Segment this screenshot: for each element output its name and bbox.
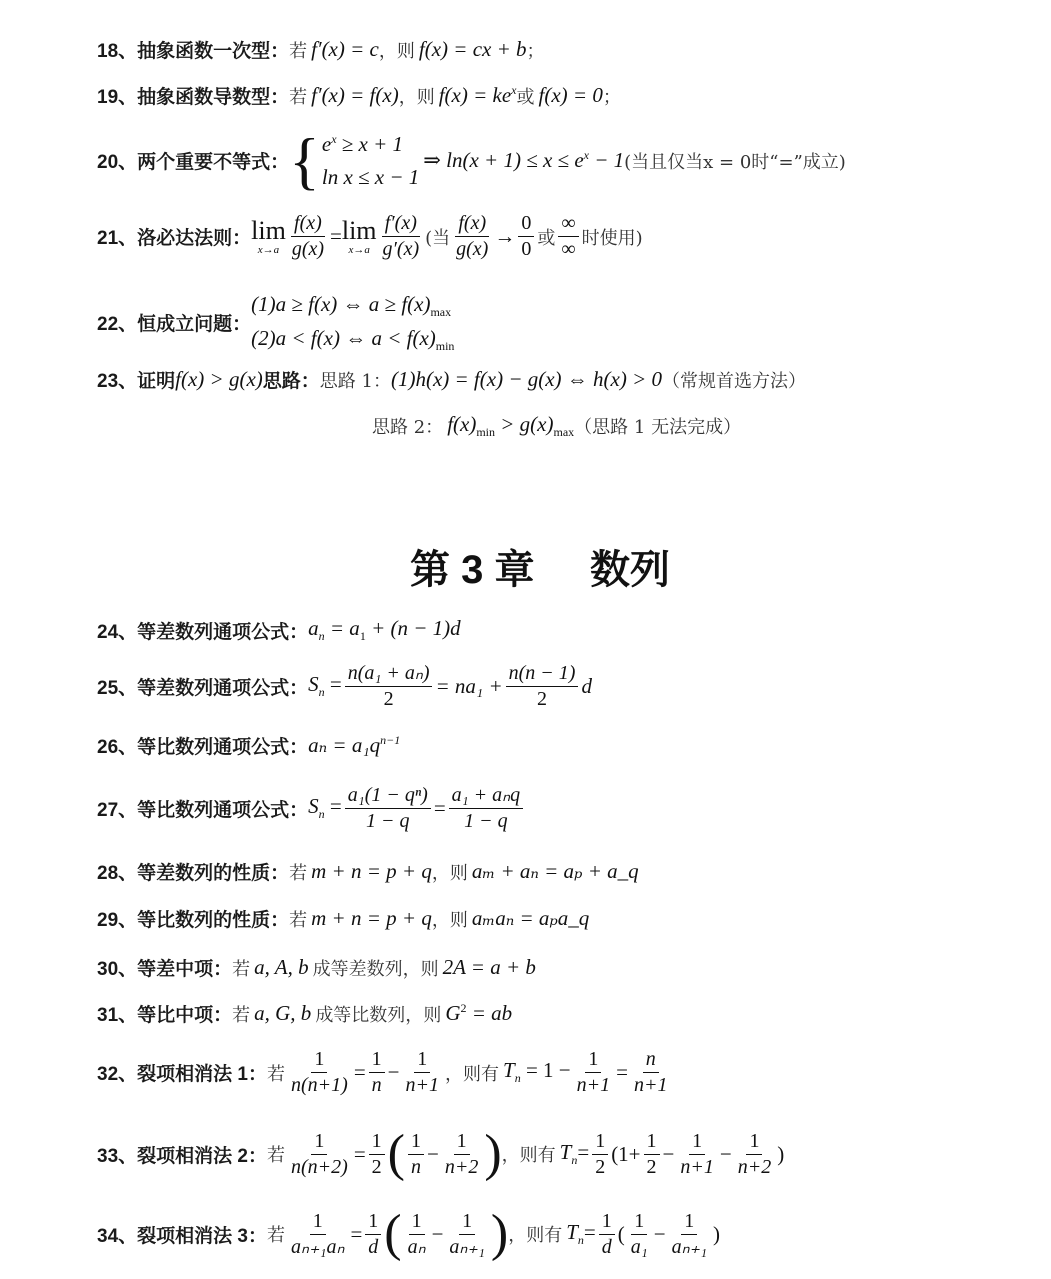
- item-label: 18、抽象函数一次型：: [97, 36, 289, 63]
- formula-27: 27、等比数列通项公式： Sn = a₁(1 − qⁿ)1 − q = a₁ +…: [97, 784, 526, 833]
- item-label: 31、等比中项：: [97, 1000, 232, 1027]
- item-label: 26、等比数列通项公式：: [97, 732, 308, 759]
- formula-18: 18、抽象函数一次型： 若 f′(x) = c ，则 f(x) = cx + b…: [97, 36, 545, 63]
- formula-20: 20、两个重要不等式： { ex ≥ x + 1 ln x ≤ x − 1 ⇒ …: [97, 128, 846, 193]
- item-label: 19、抽象函数导数型：: [97, 82, 289, 109]
- formula-19: 19、抽象函数导数型： 若 f′(x) = f(x) ，则 f(x) = kex…: [97, 82, 621, 109]
- formula-26: 26、等比数列通项公式： aₙ = a₁qn−1: [97, 732, 400, 759]
- formula-21: 21、洛必达法则： limx→a f(x)g(x) = limx→a f′(x)…: [97, 212, 643, 261]
- formula-25: 25、等差数列通项公式： Sn = n(a₁ + aₙ)2 = na₁ + n(…: [97, 662, 592, 711]
- formula-23: 23、证明 f(x) > g(x) 思路： 思路 1： (1)h(x) = f(…: [97, 366, 806, 393]
- item-label: 30、等差中项：: [97, 954, 232, 981]
- item-label: 24、等差数列通项公式：: [97, 617, 308, 644]
- chapter-title: 第 3 章 数列: [410, 538, 670, 595]
- item-label: 20、两个重要不等式：: [97, 147, 289, 174]
- item-label: 32、裂项相消法 1：: [97, 1059, 267, 1086]
- left-paren: (: [388, 1128, 405, 1180]
- item-label: 23、证明: [97, 366, 175, 393]
- item-label: 34、裂项相消法 3：: [97, 1221, 267, 1248]
- right-paren: ): [484, 1128, 501, 1180]
- formula-30: 30、等差中项： 若 a, A, b 成等差数列， 则 2A = a + b: [97, 954, 536, 981]
- formula-33: 33、裂项相消法 2： 若 1n(n+2) = 12 ( 1n − 1n+2 )…: [97, 1128, 784, 1180]
- formula-31: 31、等比中项： 若 a, G, b 成等比数列， 则 G2 = ab: [97, 1000, 512, 1027]
- formula-34: 34、裂项相消法 3： 若 1aₙ₊₁aₙ = 1d ( 1aₙ − 1aₙ₊₁…: [97, 1208, 720, 1260]
- formula-22: 22、恒成立问题： (1)a ≥ f(x) ⇔ a ≥ f(x)max (2)a…: [97, 288, 454, 357]
- item-label: 29、等比数列的性质：: [97, 905, 289, 932]
- left-paren: (: [384, 1208, 401, 1260]
- item-label: 22、恒成立问题：: [97, 309, 251, 336]
- right-paren: ): [491, 1208, 508, 1260]
- item-label: 21、洛必达法则：: [97, 223, 251, 250]
- formula-24: 24、等差数列通项公式： an = a1 + (n − 1)d: [97, 616, 461, 644]
- item-label: 33、裂项相消法 2：: [97, 1141, 267, 1168]
- item-label: 27、等比数列通项公式：: [97, 795, 308, 822]
- left-brace: {: [289, 129, 320, 193]
- item-label: 25、等差数列通项公式：: [97, 673, 308, 700]
- item-label: 28、等差数列的性质：: [97, 858, 289, 885]
- formula-29: 29、等比数列的性质： 若 m + n = p + q ，则 aₘaₙ = aₚ…: [97, 905, 589, 932]
- formula-32: 32、裂项相消法 1： 若 1n(n+1) = 1n − 1n+1 ，则有 Tn…: [97, 1048, 673, 1097]
- formula-23-idea-2: 思路 2： f(x)min > g(x)max （思路 1 无法完成）: [372, 412, 741, 440]
- formula-28: 28、等差数列的性质： 若 m + n = p + q ，则 aₘ + aₙ =…: [97, 858, 639, 885]
